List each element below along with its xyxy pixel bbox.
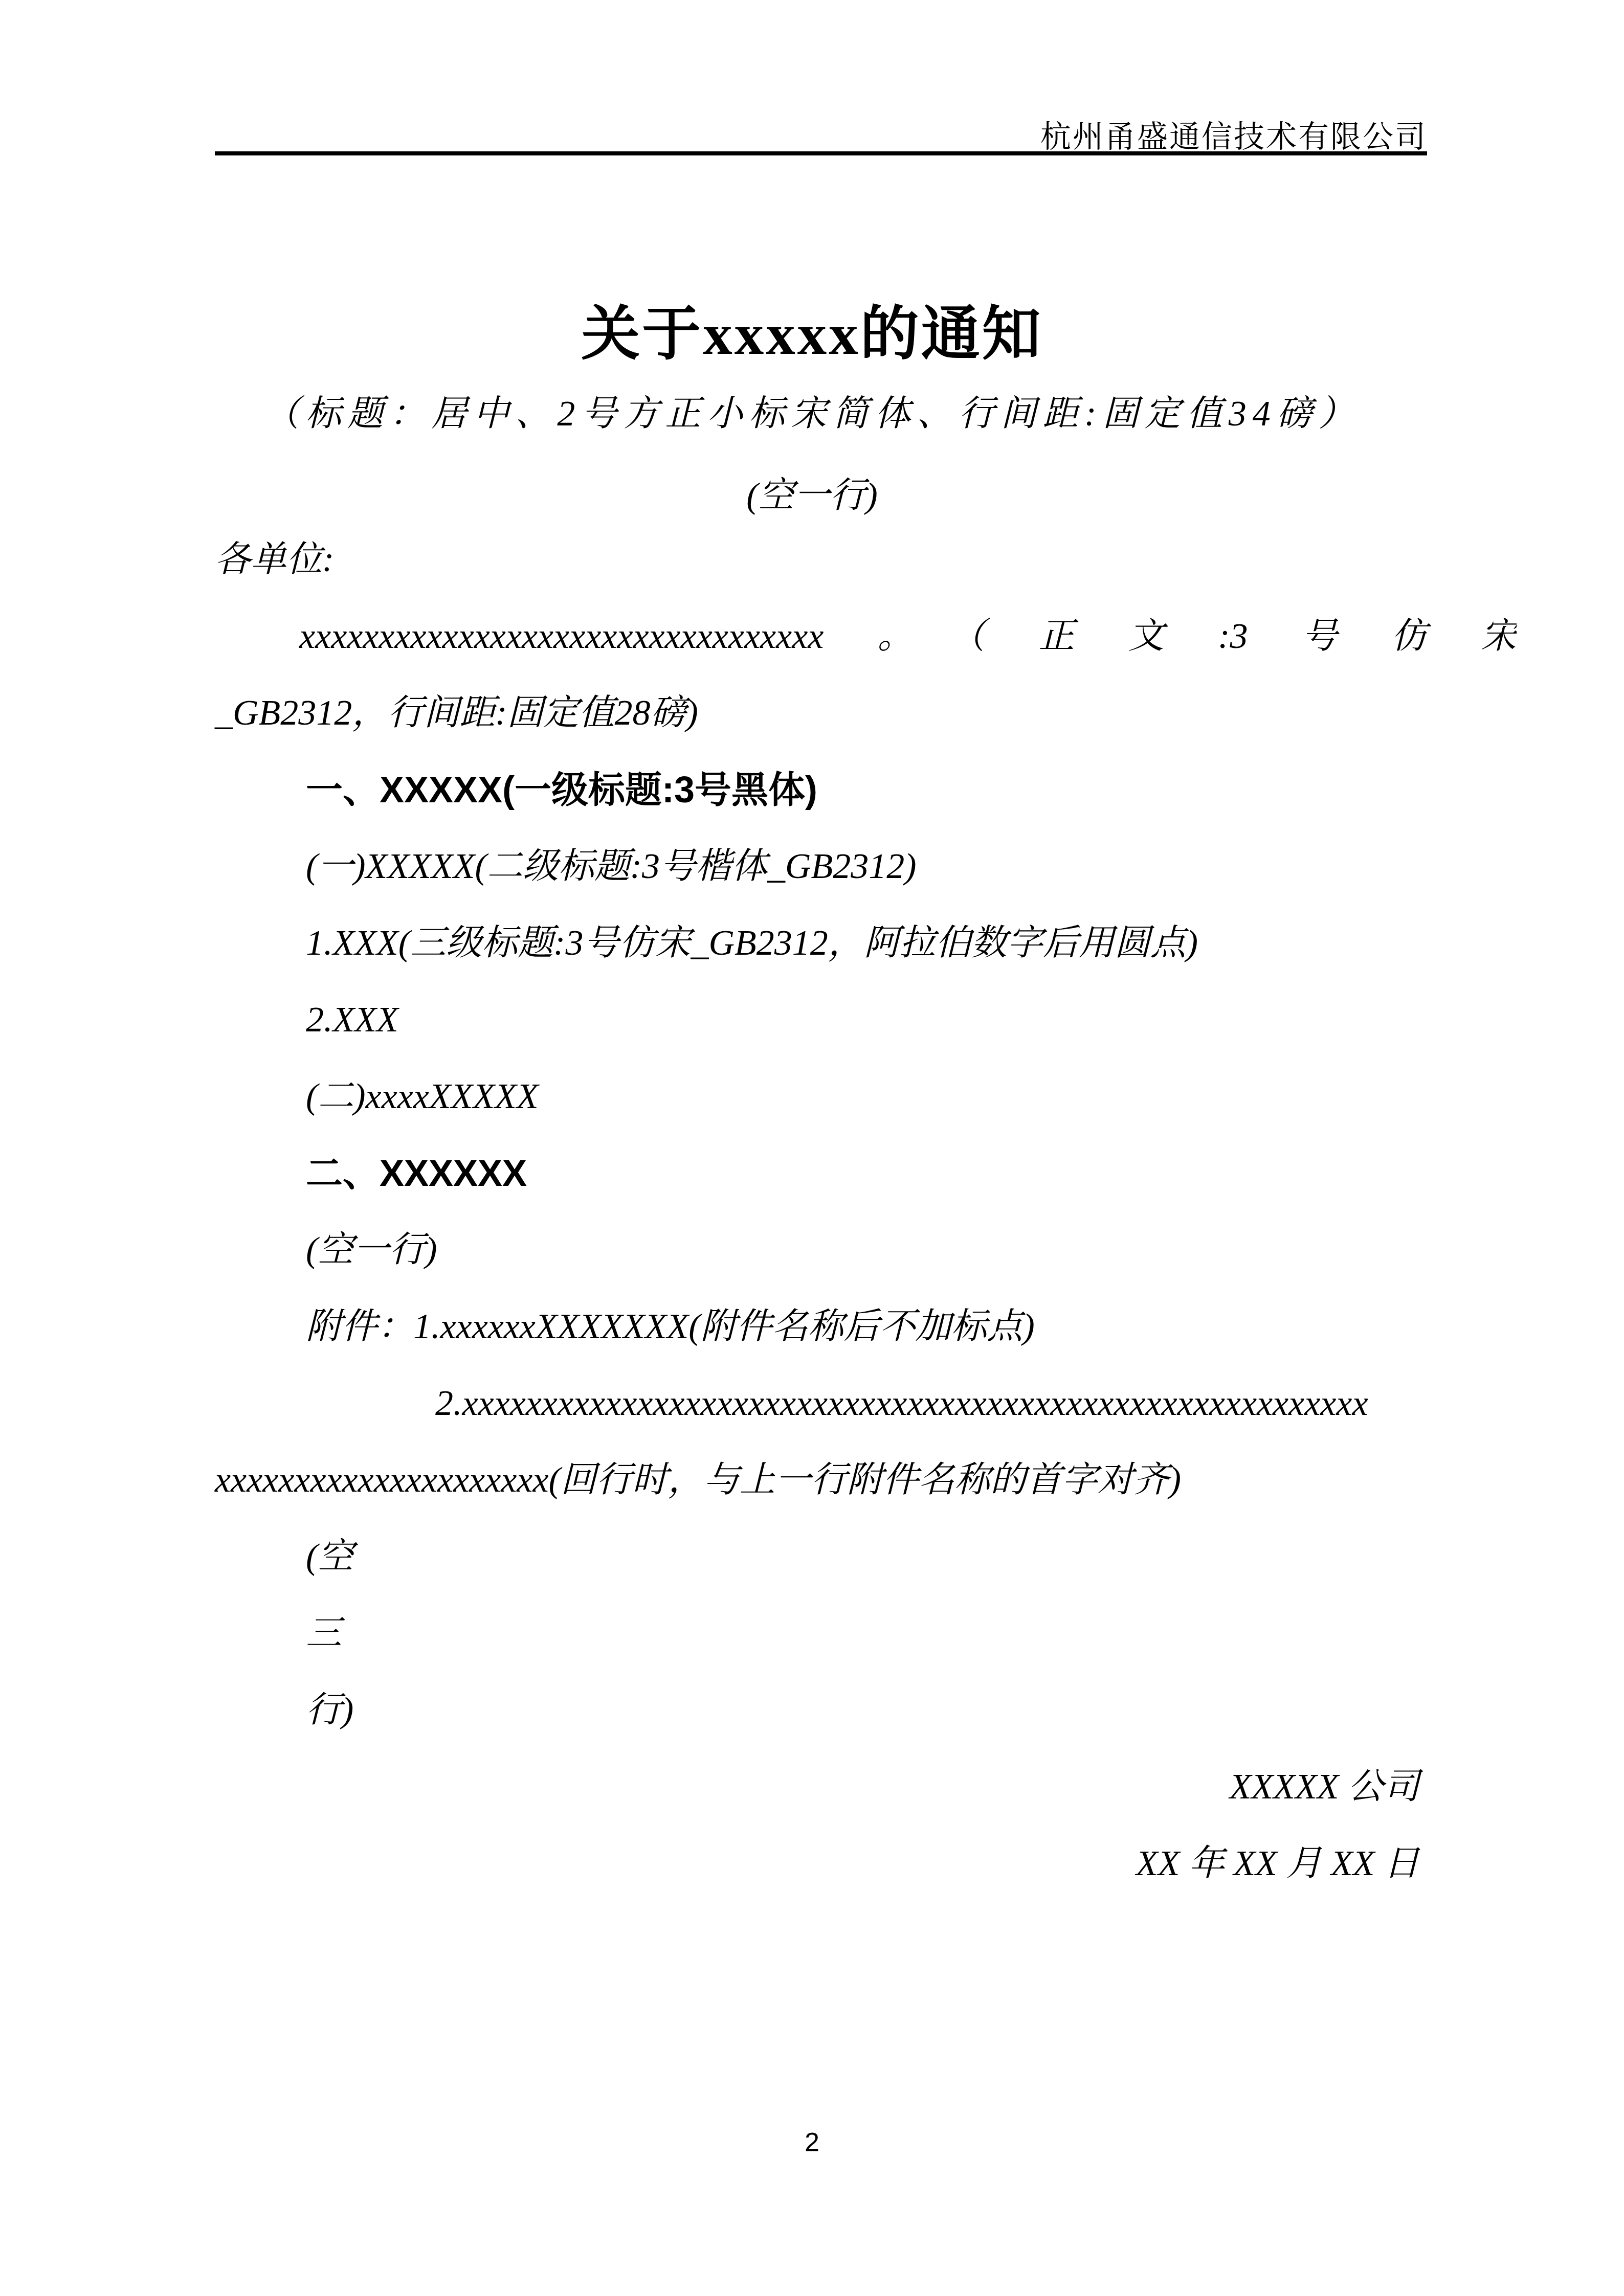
level3-heading-2: 2.XXX [215,982,1517,1059]
level2-heading-2: (二)xxxxXXXXX [215,1059,1517,1135]
attachment-line-3: xxxxxxxxxxxxxxxxxxxxx(回行时，与上一行附件名称的首字对齐) [215,1442,1517,1519]
document-body: 各单位: xxxxxxxxxxxxxxxxxxxxxxxxxxxxxxxxx。（… [215,522,1517,1902]
level1-heading-2: 二、XXXXXX [215,1135,1517,1212]
body-paragraph-line-1: xxxxxxxxxxxxxxxxxxxxxxxxxxxxxxxxx。（正文:3号… [215,598,1517,675]
blank-three-lines-note-1: (空 [215,1519,1517,1595]
body-paragraph-line-2: _GB2312，行间距:固定值28磅) [215,675,1517,752]
salutation: 各单位: [215,522,1517,598]
blank-three-lines-note-2: 三 [215,1595,1517,1672]
blank-line-note-2: (空一行) [215,1212,1517,1289]
level2-heading-1: (一)XXXXX(二级标题:3号楷体_GB2312) [215,828,1517,905]
document-title: 关于xxxxx的通知 [0,286,1624,371]
document-page: 杭州甬盛通信技术有限公司 关于xxxxx的通知 （标题：居中、2号方正小标宋简体… [0,0,1624,2296]
title-format-note: （标题：居中、2号方正小标宋简体、行间距:固定值34磅） [0,385,1624,436]
level1-heading-1: 一、XXXXX(一级标题:3号黑体) [215,752,1517,828]
header-company-name: 杭州甬盛通信技术有限公司 [1040,112,1427,156]
attachment-line-1: 附件：1.xxxxxxXXXXXXX(附件名称后不加标点) [215,1289,1517,1365]
blank-three-lines-note-3: 行) [215,1672,1517,1749]
header-rule [215,151,1427,155]
blank-line-note-1: (空一行) [0,466,1624,518]
signature-company: XXXXX 公司 [215,1749,1517,1826]
page-number: 2 [0,2127,1624,2158]
level3-heading-1: 1.XXX(三级标题:3号仿宋_GB2312，阿拉伯数字后用圆点) [215,905,1517,982]
signature-date: XX 年 XX 月 XX 日 [215,1826,1517,1902]
attachment-line-2: 2.xxxxxxxxxxxxxxxxxxxxxxxxxxxxxxxxxxxxxx… [215,1365,1517,1442]
